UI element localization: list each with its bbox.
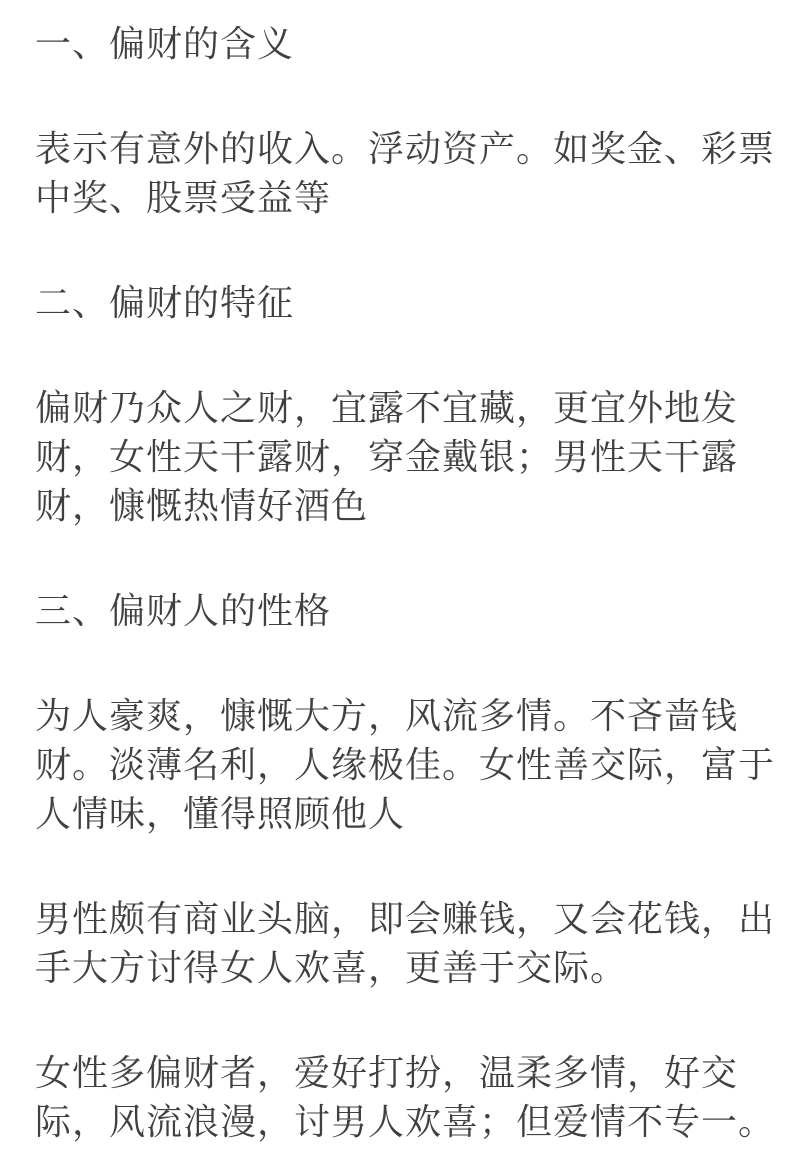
page: 一、偏财的含义 表示有意外的收入。浮动资产。如奖金、彩票 中奖、股票受益等 二、… bbox=[0, 0, 800, 1172]
section-heading-2: 二、偏财的特征 bbox=[35, 279, 766, 328]
paragraph-line: 表示有意外的收入。浮动资产。如奖金、彩票 bbox=[35, 125, 766, 174]
paragraph-line: 为人豪爽，慷慨大方，风流多情。不吝啬钱 bbox=[35, 692, 766, 741]
paragraph-line: 人情味，懂得照顾他人 bbox=[35, 790, 766, 839]
paragraph-line: 手大方讨得女人欢喜，更善于交际。 bbox=[35, 944, 766, 993]
section-3-paragraph-3: 女性多偏财者，爱好打扮，温柔多情，好交 际，风流浪漫，讨男人欢喜；但爱情不专一。 bbox=[35, 1049, 766, 1147]
paragraph-line: 偏财乃众人之财，宜露不宜藏，更宜外地发 bbox=[35, 384, 766, 433]
section-heading-1: 一、偏财的含义 bbox=[35, 20, 766, 69]
section-3-paragraph-2: 男性颇有商业头脑，即会赚钱，又会花钱，出 手大方讨得女人欢喜，更善于交际。 bbox=[35, 895, 766, 993]
section-2-paragraph: 偏财乃众人之财，宜露不宜藏，更宜外地发 财，女性天干露财，穿金戴银；男性天干露 … bbox=[35, 384, 766, 531]
paragraph-line: 中奖、股票受益等 bbox=[35, 174, 766, 223]
paragraph-line: 财。淡薄名利，人缘极佳。女性善交际，富于 bbox=[35, 741, 766, 790]
paragraph-line: 财，女性天干露财，穿金戴银；男性天干露 bbox=[35, 433, 766, 482]
paragraph-line: 男性颇有商业头脑，即会赚钱，又会花钱，出 bbox=[35, 895, 766, 944]
article-body: 一、偏财的含义 表示有意外的收入。浮动资产。如奖金、彩票 中奖、股票受益等 二、… bbox=[0, 0, 800, 1172]
paragraph-line: 财，慷慨热情好酒色 bbox=[35, 482, 766, 531]
section-3-paragraph-1: 为人豪爽，慷慨大方，风流多情。不吝啬钱 财。淡薄名利，人缘极佳。女性善交际，富于… bbox=[35, 692, 766, 839]
paragraph-line: 女性多偏财者，爱好打扮，温柔多情，好交 bbox=[35, 1049, 766, 1098]
section-1-paragraph: 表示有意外的收入。浮动资产。如奖金、彩票 中奖、股票受益等 bbox=[35, 125, 766, 223]
section-heading-3: 三、偏财人的性格 bbox=[35, 587, 766, 636]
paragraph-line: 际，风流浪漫，讨男人欢喜；但爱情不专一。 bbox=[35, 1098, 766, 1147]
